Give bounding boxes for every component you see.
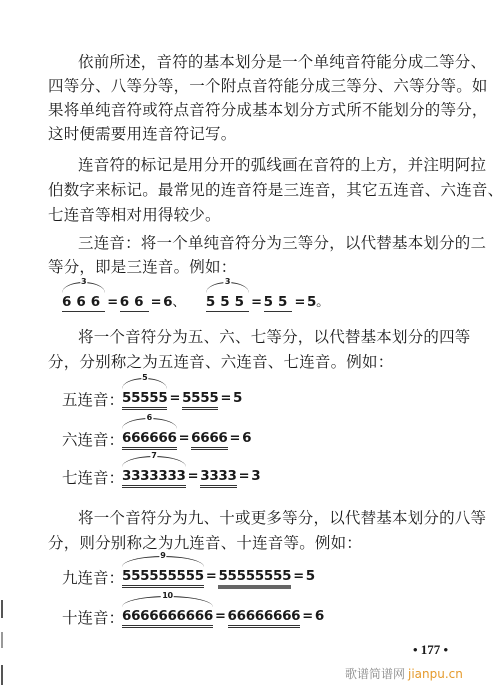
paragraph-1-line-1: 依前所述，音符的基本划分是一个单纯音符能分成二等分、 <box>78 52 486 72</box>
quarter-note: 6 <box>163 294 172 310</box>
book-page: 依前所述，音符的基本划分是一个单纯音符能分成二等分、 四等分、八等分等，一个附点… <box>0 0 495 690</box>
equivalent-note: 5 <box>306 568 315 584</box>
equivalent-notes: 5555 <box>182 390 218 410</box>
page-number: • 177 • <box>413 642 448 658</box>
scan-margin-mark <box>1 665 3 685</box>
paragraph-2-line-3: 七连音等相对用得较少。 <box>48 205 221 225</box>
tuplet-number: 5 <box>141 373 148 382</box>
paragraph-1-line-2: 四等分、八等分等，一个附点音符能分成三等分、六等分等。如 <box>48 76 488 96</box>
tuplet-number: 9 <box>159 551 166 560</box>
tuplet-group: 9 555555555 <box>122 568 204 588</box>
triplet-555: 3 555 <box>206 294 249 312</box>
eighth-notes: 66 <box>120 294 149 312</box>
watermark-cn: 歌谱简谱网 <box>345 667 405 681</box>
paragraph-3-line-2: 等分，即是三连音。例如： <box>48 257 236 277</box>
paragraph-1-line-4: 这时便需要用连音符记写。 <box>48 124 236 144</box>
tuplet-number: 10 <box>161 591 174 600</box>
watermark: 歌谱简谱网jianpu.cn <box>345 665 463 682</box>
quarter-note: 5 <box>307 294 316 310</box>
equivalent-notes: 3333 <box>200 468 236 488</box>
paragraph-5-line-2: 分，则分别称之为九连音、十连音等。例如： <box>48 533 362 553</box>
tuplet-number: 3 <box>224 277 231 286</box>
example-sextuplet: 六连音： 6 666666 =6666=6 <box>62 420 362 456</box>
paragraph-3-line-1: 三连音：将一个单纯音符分为三等分，以代替基本划分的二 <box>78 233 486 253</box>
equivalent-notes: 55555555 <box>218 568 291 589</box>
paragraph-2-line-1: 连音符的标记是用分开的弧线画在音符的上方，并注明阿拉 <box>78 155 486 175</box>
tuplet-group: 10 6666666666 <box>122 608 213 628</box>
triplet-666: 3 666 <box>62 294 105 312</box>
scan-margin-mark <box>1 632 3 648</box>
tuplet-group: 5 55555 <box>122 390 167 410</box>
equivalent-note: 5 <box>233 390 242 406</box>
scan-margin-mark <box>1 600 3 618</box>
equivalent-note: 6 <box>242 430 251 446</box>
example-quintuplet: 五连音： 5 55555 =5555=5 <box>62 380 362 416</box>
tuplet-number: 6 <box>146 413 153 422</box>
equivalent-note: 3 <box>251 468 260 484</box>
equivalent-notes: 66666666 <box>228 608 301 628</box>
watermark-en: jianpu.cn <box>408 667 463 681</box>
example-nonuplet: 九连音： 9 555555555 =55555555=5 <box>62 558 362 594</box>
example-decuplet: 十连音： 10 6666666666 =66666666=6 <box>62 598 362 634</box>
tuplet-number: 3 <box>80 277 87 286</box>
tuplet-group: 7 3333333 <box>122 468 186 488</box>
paragraph-2-line-2: 伯数字来标记。最常见的连音符是三连音，其它五连音、六连音、 <box>48 180 495 200</box>
paragraph-4-line-2: 分，分别称之为五连音、六连音、七连音。例如： <box>48 352 393 372</box>
paragraph-1-line-3: 果将单纯音符或符点音符分成基本划分方式所不能划分的等分， <box>48 100 488 120</box>
paragraph-4-line-1: 将一个音符分为五、六、七等分，以代替基本划分的四等 <box>78 327 471 347</box>
eighth-notes: 55 <box>264 294 293 312</box>
tuplet-number: 7 <box>150 451 157 460</box>
equivalent-notes: 6666 <box>191 430 227 450</box>
example-septuplet: 七连音： 7 3333333 =3333=3 <box>62 458 362 494</box>
tuplet-group: 6 666666 <box>122 430 177 450</box>
paragraph-5-line-1: 将一个音符分为九、十或更多等分，以代替基本划分的八等 <box>78 508 486 528</box>
equivalent-note: 6 <box>315 608 324 624</box>
